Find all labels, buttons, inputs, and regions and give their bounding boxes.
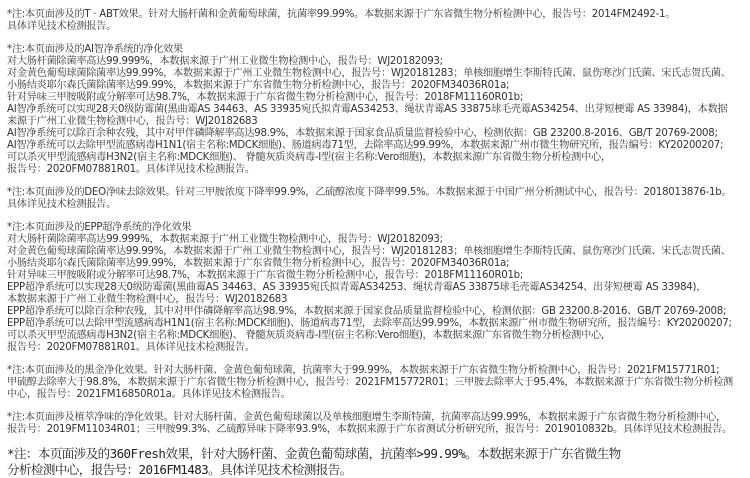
note-heading: *注:本页面涉及的EPP超净系统的净化效果 bbox=[7, 222, 745, 234]
note-line: 分析检测中心，报告号：2016FM1483。具体详见技术检测报告。 bbox=[7, 462, 745, 478]
note-epp-purification: *注:本页面涉及的EPP超净系统的净化效果 对大肠杆菌除菌率高达99.999%，… bbox=[7, 222, 747, 354]
note-line: 报告号：2019FM11034R01；三甲胺99.3%、乙硫醇异味下降率93.9… bbox=[7, 424, 745, 436]
note-line: 报告号：2020FM07881R01。具体详见技术检测报告。 bbox=[7, 164, 745, 176]
note-line: *注：本页面涉及的360Fresh效果，针对大肠杆菌、金黄色葡萄球菌，抗菌率>9… bbox=[7, 446, 745, 462]
note-line: 来源于广州工业微生物检测中心，报告号：WJ20182683 bbox=[7, 116, 745, 128]
note-line: 对金黄色葡萄球菌除菌率达99.99%，本数据来源于广州工业微生物检测中心，报告号… bbox=[7, 68, 745, 80]
note-line: EPP超净系统可以实现28天0级防霉菌(黑曲霉AS 34463、AS 33935… bbox=[7, 282, 745, 294]
note-line: *注:本页面涉及的DEO净味去除效果。针对三甲胺浓度下降率99.9%，乙硫醇浓度… bbox=[7, 187, 745, 199]
note-line: 针对异味三甲胺吸附或分解率可达98.7%，本数据来源于广东省微生物分析检测中心，… bbox=[7, 92, 745, 104]
note-line: 对金黄色葡萄球菌除菌率达99.99%，本数据来源于广州工业微生物检测中心，报告号… bbox=[7, 246, 745, 258]
note-deo: *注:本页面涉及的DEO净味去除效果。针对三甲胺浓度下降率99.9%，乙硫醇浓度… bbox=[7, 187, 747, 211]
note-line: 可以杀灭甲型流感病毒H3N2(宿主名称:MDCK细胞)、 脊髓灰质炎病毒-I型(… bbox=[7, 152, 745, 164]
note-line: 具体详见技术检测报告。 bbox=[7, 21, 745, 33]
note-line: 对大肠杆菌除菌率高达99.999%，本数据来源于广州工业微生物检测中心，报告号：… bbox=[7, 56, 745, 68]
note-line: *注:本页面涉及植萃净味的净化效果。针对大肠杆菌、金黄色葡萄球菌以及单核细胞增生… bbox=[7, 412, 745, 424]
note-line: 可以杀灭甲型流感病毒H3N2(宿主名称:MDCK细胞)、 脊髓灰质炎病毒-I型(… bbox=[7, 330, 745, 342]
note-line: AI智净系统可以除百余种农残，其中对甲伴磷降解率高达98.9%，本数据来源于国家… bbox=[7, 128, 745, 140]
note-line: AI智净系统可以实现28天0级防霉菌(黑曲霉AS 34463、AS 33935宛… bbox=[7, 104, 745, 116]
note-line: 具体详见技术检测报告。 bbox=[7, 199, 745, 211]
note-line: 小肠结炎耶尔森氏菌除菌率达99.99%，本数据来源于广东省微生物分析检测中心，报… bbox=[7, 80, 745, 92]
note-plant-extract: *注:本页面涉及植萃净味的净化效果。针对大肠杆菌、金黄色葡萄球菌以及单核细胞增生… bbox=[7, 412, 747, 436]
note-line: EPP超净系统可以除百余种农残，其中对甲伴磷降解率高达98.9%，本数据来源于国… bbox=[7, 306, 745, 318]
note-360fresh: *注：本页面涉及的360Fresh效果，针对大肠杆菌、金黄色葡萄球菌，抗菌率>9… bbox=[7, 446, 747, 478]
note-line: *注:本页面涉及的黑金净化效果。针对大肠杆菌、金黄色葡萄球菌，抗菌率大于99.9… bbox=[7, 365, 745, 377]
note-line: 报告号：2020FM07881R01。具体详见技术检测报告。 bbox=[7, 342, 745, 354]
note-heading: *注:本页面涉及的AI智净系统的净化效果 bbox=[7, 44, 745, 56]
disclaimer-page: *注:本页面涉及的T · ABT效果。针对大肠杆菌和金黄葡萄球菌，抗菌率99.9… bbox=[7, 9, 747, 478]
note-line: 小肠结炎耶尔森氏菌除菌率达99.99%，本数据来源于广东省微生物分析检测中心，报… bbox=[7, 258, 745, 270]
note-ai-purification: *注:本页面涉及的AI智净系统的净化效果 对大肠杆菌除菌率高达99.999%，本… bbox=[7, 44, 747, 176]
note-line: 本数据来源于广州工业微生物检测中心，报告号：WJ20182683 bbox=[7, 294, 745, 306]
note-line: *注:本页面涉及的T · ABT效果。针对大肠杆菌和金黄葡萄球菌，抗菌率99.9… bbox=[7, 9, 745, 21]
note-line: 针对异味三甲胺吸附或分解率可达98.7%，本数据来源于广东省微生物分析检测中心，… bbox=[7, 270, 745, 282]
note-line: 甲硫醇去除率大于98.8%，本数据来源于广东省微生物分析检测中心，报告号：202… bbox=[7, 377, 745, 389]
note-tabt: *注:本页面涉及的T · ABT效果。针对大肠杆菌和金黄葡萄球菌，抗菌率99.9… bbox=[7, 9, 747, 33]
note-line: AI智净系统可以去除甲型流感病毒H1N1(宿主名称:MDCK细胞)、肠道病毒71… bbox=[7, 140, 745, 152]
note-black-gold: *注:本页面涉及的黑金净化效果。针对大肠杆菌、金黄色葡萄球菌，抗菌率大于99.9… bbox=[7, 365, 747, 401]
note-line: 对大肠杆菌除菌率高达99.999%，本数据来源于广州工业微生物检测中心，报告号：… bbox=[7, 234, 745, 246]
note-line: EPP超净系统可以去除甲型流感病毒H1N1(宿主名称:MDCK细胞)、肠道病毒7… bbox=[7, 318, 745, 330]
note-line: 中心，报告号：2021FM16850R01a。具体详见技术检测报告。 bbox=[7, 389, 745, 401]
